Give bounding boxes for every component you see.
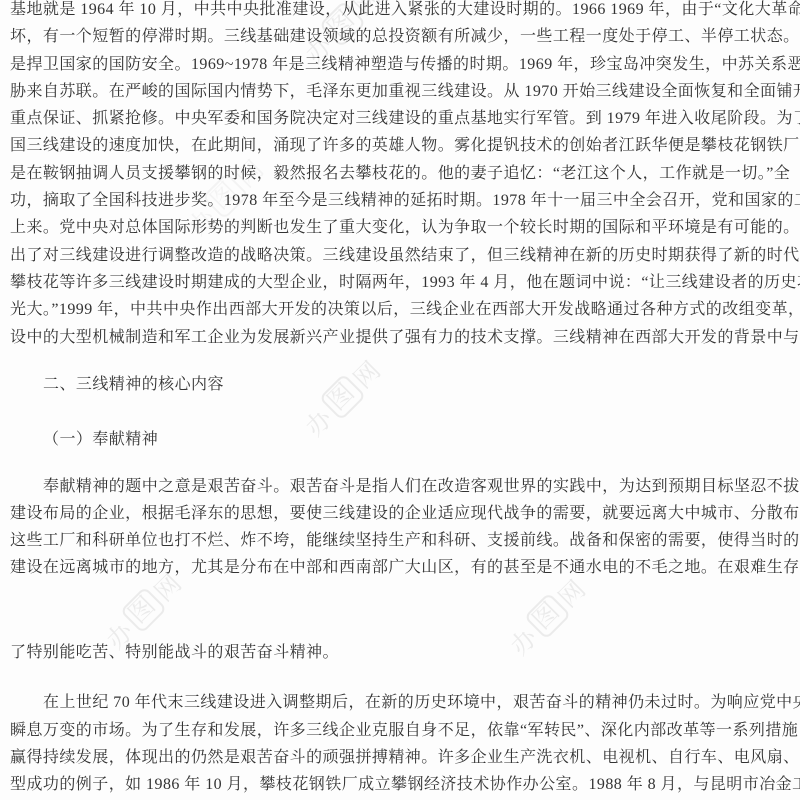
text-line: 了特别能吃苦、特别能战斗的艰苦奋斗精神。 [10, 639, 800, 666]
text-line: 设中的大型机械制造和军工企业为发展新兴产业提供了强有力的技术支撑。三线精神在西部… [10, 324, 800, 351]
bantu-logo-icon: 图 [524, 592, 571, 639]
text-line: 奉献精神的题中之意是艰苦奋斗。艰苦奋斗是指人们在改造客观世界的实践中，为达到预期… [10, 473, 800, 500]
text-line: 建设布局的企业，根据毛泽东的思想，要使三线建设的企业适应现代战争的需要，就要远离… [10, 500, 800, 527]
text-line: 基地就是 1964 年 10 月，中共中央批准建设，从此进入紧张的大建设时期的。… [10, 0, 800, 23]
text-line: 这些工厂和科研单位也打不烂、炸不垮，能继续坚持生产和科研、支援前线。战备和保密的… [10, 527, 800, 554]
text-line: 功，摘取了全国科技进步奖。1978 年至今是三线精神的延拓时期。1978 年十一… [10, 187, 800, 214]
text-line: 胁来自苏联。在严峻的国际国内情势下，毛泽东更加重视三线建设。从 1970 开始三… [10, 78, 800, 105]
sub-heading: （一）奉献精神 [10, 426, 800, 453]
text-line: 瞬息万变的市场。为了生存和发展，许多三线企业克服自身不足，依靠“军转民”、深化内… [10, 717, 800, 744]
text-line: 在上世纪 70 年代末三线建设进入调整期后，在新的历史环境中，艰苦奋斗的精神仍未… [10, 689, 800, 716]
text-line: 国三线建设的速度加快，在此期间，涌现了许多的英雄人物。雾化提钒技术的创始者江跃华… [10, 132, 800, 159]
text-line: 是在鞍钢抽调人员支援攀钢的时候，毅然报名去攀枝花的。他的妻子追忆：“老江这个人，… [10, 160, 800, 187]
text-line: 型成功的例子，如 1986 年 10 月，攀枝花钢铁厂成立攀钢经济技术协作办公室… [10, 771, 800, 798]
text-line: 建设在远离城市的地方，尤其是分布在中部和西南部广大山区，有的甚至是不通水电的不毛… [10, 554, 800, 581]
text-line: 攀枝花等许多三线建设时期建成的大型企业，时隔两年，1993 年 4 月，他在题词… [10, 269, 800, 296]
bantu-logo-icon: 图 [120, 586, 167, 633]
text-line: 赢得持续发展，体现出的仍然是艰苦奋斗的顽强拼搏精神。许多企业生产洗衣机、电视机、… [10, 744, 800, 771]
text-line: 上来。党中央对总体国际形势的判断也发生了重大变化，认为争取一个较长时期的国际和平… [10, 214, 800, 241]
section-heading: 二、三线精神的核心内容 [10, 371, 800, 398]
document-page: 办图网 办图网 办图网 办图网 办图网 基地就是 1964 年 10 月，中共中… [0, 0, 800, 800]
text-line: 是捍卫国家的国防安全。1969~1978 年是三线精神塑造与传播的时期。1969… [10, 51, 800, 78]
text-line: 光大。”1999 年，中共中央作出西部大开发的决策以后，三线企业在西部大开发战略… [10, 296, 800, 323]
text-line: 坏，有一个短暂的停滞时期。三线基础建设领域的总投资额有所减少，一些工程一度处于停… [10, 23, 800, 50]
text-line: 重点保证、抓紧抢修。中央军委和国务院决定对三线建设的重点基地实行军管。到 197… [10, 105, 800, 132]
text-line: 出了对三线建设进行调整改造的战略决策。三线建设虽然结束了，但三线精神在新的历史时… [10, 242, 800, 269]
